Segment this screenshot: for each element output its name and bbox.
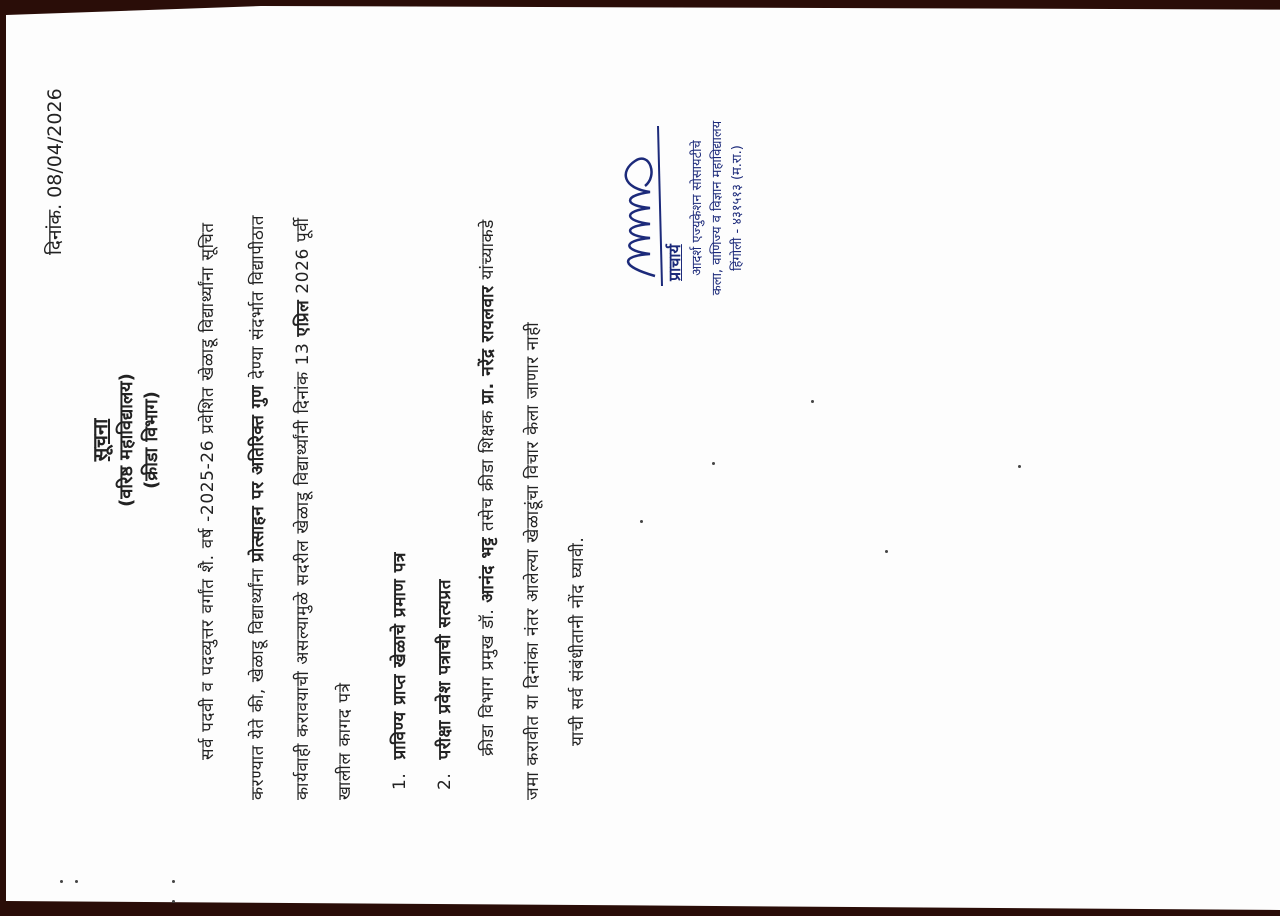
speck xyxy=(885,550,888,553)
text-span: 2026 पूर्वी xyxy=(293,217,313,299)
text-span: तसेच क्रीडा शिक्षक xyxy=(478,404,498,537)
speck xyxy=(811,400,814,403)
paragraph-2-line-3: याची सर्व संबंधीतानी नोंद घ्यावी. xyxy=(568,537,588,746)
stamp-line: हिंगोली - ४३१५१३ (म.रा.) xyxy=(728,88,748,328)
list-item: 1. प्राविण्य प्राप्त खेळाचे प्रमाण पत्र xyxy=(390,552,410,790)
bold-text: प्रा. नरेंद्र रायलवार xyxy=(478,285,498,404)
speck xyxy=(712,462,715,465)
speck xyxy=(172,900,175,903)
text-span: देण्या संदर्भात विद्यापीठात xyxy=(248,215,268,385)
notice-title: सूचना xyxy=(90,0,110,916)
principal-role: प्राचार्य xyxy=(665,244,685,281)
bold-text: आनंद भट्ट xyxy=(478,537,498,603)
bold-text: एप्रिल xyxy=(293,300,313,337)
department-name: (क्रीडा विभाग) xyxy=(142,0,162,916)
paragraph-1-line-4: खालील कागद पत्रे xyxy=(335,682,355,800)
notice-date: दिनांक. 08/04/2026 xyxy=(45,88,65,255)
list-text: प्राविण्य प्राप्त खेळाचे प्रमाण पत्र xyxy=(390,552,410,760)
speck xyxy=(60,880,63,883)
college-section: (वरिष्ठ महाविद्यालय) xyxy=(117,0,137,916)
speck xyxy=(640,520,643,523)
paragraph-1-line-3: कार्यवाही करावयाची असल्यामुळे सदरील खेळा… xyxy=(293,217,313,800)
bold-text: प्रोत्साहन पर अतिरिक्त गुण xyxy=(248,385,268,562)
text-span: कार्यवाही करावयाची असल्यामुळे सदरील खेळा… xyxy=(293,337,313,800)
speck xyxy=(1018,465,1021,468)
notice-document: दिनांक. 08/04/2026 सूचना (वरिष्ठ महाविद्… xyxy=(0,0,1280,916)
list-item: 2. परीक्षा प्रवेश पत्राची सत्यप्रत xyxy=(435,579,455,790)
list-number: 1. xyxy=(390,773,410,790)
list-number: 2. xyxy=(435,773,455,790)
paragraph-2-line-2: जमा करावीत या दिनांका नंतर आलेल्या खेळाड… xyxy=(523,322,543,800)
text-span: यांच्याकडे xyxy=(478,219,498,285)
speck xyxy=(172,880,175,883)
stamp-line: कला, वाणिज्य व विज्ञान महाविद्यालय xyxy=(708,88,728,328)
stamp-line: आदर्श एज्युकेशन सोसायटीचे xyxy=(688,88,708,328)
list-text: परीक्षा प्रवेश पत्राची सत्यप्रत xyxy=(435,579,455,760)
paragraph-1-line-1: सर्व पदवी व पदव्युत्तर वर्गांत शै. वर्ष … xyxy=(198,222,218,760)
college-stamp: आदर्श एज्युकेशन सोसायटीचे कला, वाणिज्य व… xyxy=(688,88,748,328)
paragraph-1-line-2: करण्यात येते की, खेळाडू विद्यार्थ्यांना … xyxy=(248,215,268,800)
speck xyxy=(75,880,78,883)
text-span: करण्यात येते की, खेळाडू विद्यार्थ्यांना xyxy=(248,562,268,800)
paragraph-2-line-1: क्रीडा विभाग प्रमुख डॉ. आनंद भट्ट तसेच क… xyxy=(478,219,498,756)
text-span: क्रीडा विभाग प्रमुख डॉ. xyxy=(478,603,498,756)
